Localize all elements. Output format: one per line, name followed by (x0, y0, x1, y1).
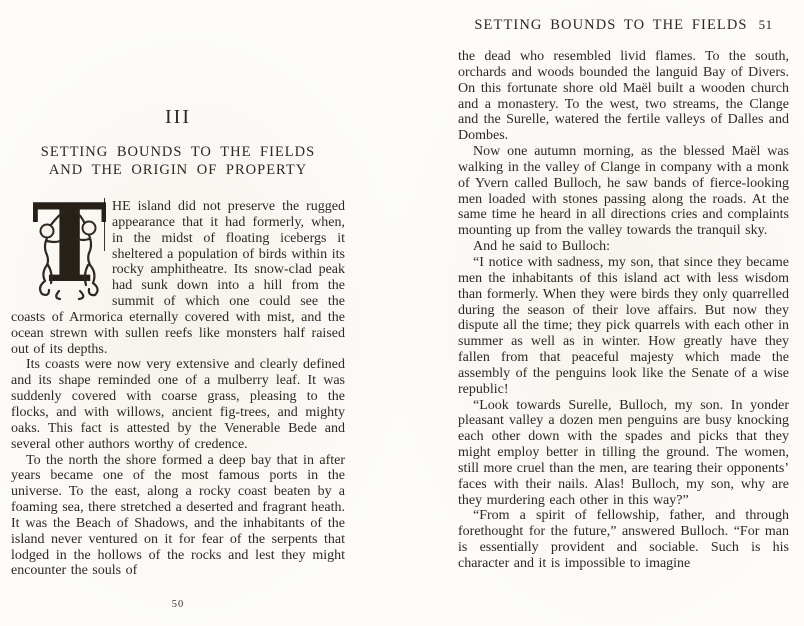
chapter-title-line2: AND THE ORIGIN OF PROPERTY (11, 162, 345, 180)
opening-paragraph: T (11, 199, 345, 357)
chapter-title-line1: SETTING BOUNDS TO THE FIELDS (11, 144, 345, 162)
right-page-body: the dead who resembled livid flames. To … (458, 49, 789, 572)
woodcut-initial: T (33, 195, 106, 301)
left-page: III SETTING BOUNDS TO THE FIELDS AND THE… (11, 0, 345, 626)
chapter-title: SETTING BOUNDS TO THE FIELDS AND THE ORI… (11, 144, 345, 179)
woodcut-figures-illustration: T (33, 195, 106, 301)
paragraph: “From a spirit of fellowship, father, an… (458, 508, 789, 571)
paragraph: “Look towards Surelle, Bulloch, my son. … (458, 398, 789, 509)
paragraph: the dead who resembled livid flames. To … (458, 49, 789, 144)
left-page-body: T (11, 199, 345, 579)
paragraph: Its coasts were now very extensive and c… (11, 357, 345, 452)
left-page-number: 50 (11, 599, 345, 610)
right-page-number: 51 (759, 17, 773, 32)
right-page: SETTING BOUNDS TO THE FIELDS51 the dead … (458, 0, 789, 626)
book-spread: III SETTING BOUNDS TO THE FIELDS AND THE… (0, 0, 804, 626)
paragraph: Now one autumn morning, as the blessed M… (458, 144, 789, 239)
running-title: SETTING BOUNDS TO THE FIELDS (474, 17, 747, 33)
paragraph: “I notice with sadness, my son, that sin… (458, 255, 789, 398)
running-header: SETTING BOUNDS TO THE FIELDS51 (458, 17, 789, 34)
paragraph: To the north the shore formed a deep bay… (11, 453, 345, 580)
chapter-number: III (11, 106, 345, 129)
paragraph: And he said to Bulloch: (458, 239, 789, 255)
